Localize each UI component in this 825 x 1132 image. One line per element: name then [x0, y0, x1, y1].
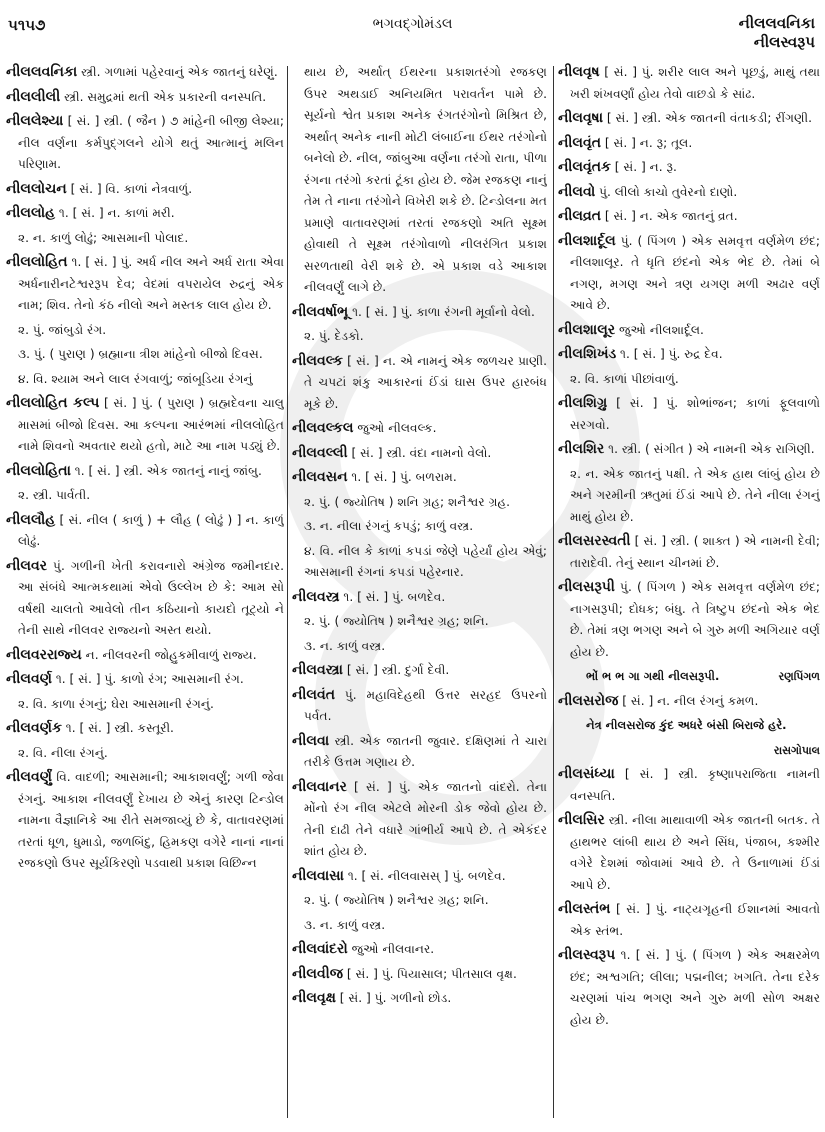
definition-text: ૧. [ સં. નીલવાસસ્ ] પું. બળદેવ.	[344, 869, 506, 883]
headword: નીલવસન	[292, 469, 348, 485]
definition-text: [ સં. ] ન. એક જાતનું વ્રત.	[601, 209, 738, 223]
headword: નીલવર્ણક	[6, 720, 62, 736]
definition-text: [ સં. ] પું. ગળીનો છોડ.	[336, 991, 451, 1005]
definition-text: ૧. [ સં. ] સ્ત્રી. કસ્તૂરી.	[62, 721, 174, 735]
headword: નીલવ્રત	[558, 208, 601, 224]
dictionary-entry: નીલવાંદરો જુઓ નીલવાનર.	[292, 939, 547, 961]
headword: નીલવાનર	[292, 779, 347, 795]
headword: નીલશાર્દૂલ	[558, 233, 616, 249]
dictionary-entry: નીલશિખંડ ૧. [ સં. ] પું. રુદ્ર દેવ.	[558, 344, 820, 366]
guide-word-first: નીલલવનિકા	[739, 14, 815, 33]
headword: નીલવૃક્ષ	[292, 990, 336, 1006]
dictionary-entry: નીલવૃષ [ સં. ] પું. શરીર લાલ અને પૂછડું,…	[558, 62, 820, 105]
headword: નીલવર્ણું	[6, 769, 52, 785]
dictionary-entry: નીલલૌહ [ સં. નીલ ( કાળું ) + લૌહ ( લોઢું…	[6, 510, 284, 553]
definition-text: [ સં. ] ન. નીલ રંગનું કમળ.	[618, 694, 758, 708]
definition-text: પું. ગળીની ખેતી કરાવનારો અંગ્રેજ જમીનદાર…	[18, 559, 284, 638]
dictionary-entry: નીલશાલૂર જુઓ નીલશાર્દૂલ.	[558, 320, 820, 342]
dictionary-page: ૫૧૫૭ ભગવદ્ગોમંડલ નીલલવનિકા નીલસ્વરૂપ નીલ…	[0, 0, 825, 1132]
definition-text: ૧. [ સં. ] પું. કાળો રંગ; આસમાની રંગ.	[52, 672, 244, 686]
definition-text: ૧. [ સં. ] ન. કાળાં મરી.	[55, 206, 175, 220]
dictionary-entry: નીલલોહિતા ૧. [ સં. ] સ્ત્રી. એક જાતનું ન…	[6, 461, 284, 483]
definition-text: [ સં. ] વિ. કાળાં નેત્રવાળું.	[67, 182, 192, 196]
definition-text: પું. લીલો કાચો તુવેરનો દાણો.	[595, 185, 737, 199]
headword: નીલવસ્ત્ર	[292, 589, 340, 605]
dictionary-entry: નીલશિગ્રુ [ સં. ] પું. શોભાંજન; કાળાં ફૂ…	[558, 393, 820, 436]
dictionary-entry: નીલવાનર [ સં. ] પું. એક જાતનો વાંદરો. તે…	[292, 777, 547, 863]
headword: નીલલેશ્યા	[6, 113, 63, 129]
headword: નીલવલ્લી	[292, 445, 348, 461]
dictionary-entry: નીલશિર ૧. સ્ત્રી. ( સંગીત ) એ નામની એક ર…	[558, 439, 820, 461]
sub-sense: ૨. વિ. કાળા રંગનું; ઘેરા આસમાની રંગનું.	[6, 694, 284, 716]
guide-word-last: નીલસ્વરૂપ	[739, 33, 815, 52]
definition-text: જુઓ નીલવાનર.	[348, 942, 434, 956]
dictionary-entry: નીલવ્રત [ સં. ] ન. એક જાતનું વ્રત.	[558, 206, 820, 228]
dictionary-entry: નીલલોહ ૧. [ સં. ] ન. કાળાં મરી.	[6, 203, 284, 225]
definition-text: [ સં. ] સ્ત્રી. એક જાતની વંતાકડી; રીંગણી…	[603, 111, 812, 125]
headword: નીલલોહિત	[6, 254, 68, 270]
headword: નીલલોહિત કલ્પ	[6, 395, 99, 411]
definition-text: જુઓ નીલવલ્ક.	[354, 421, 437, 435]
sub-sense: ૨. પું. જાંબુડો રંગ.	[6, 320, 284, 342]
definition-text: ૧. [ સં. ] પું. બળરામ.	[348, 470, 457, 484]
headword: નીલલૌહ	[6, 512, 55, 528]
dictionary-entry: નીલવસન ૧. [ સં. ] પું. બળરામ.	[292, 467, 547, 489]
dictionary-entry: નીલવર્ષાભૂ ૧. [ સં. ] પું. કાળા રંગની મૂ…	[292, 302, 547, 324]
sub-sense: ૨. પું. ( જ્યોતિષ ) શનિ ગ્રહ; શનૈશ્વર ગ્…	[292, 492, 547, 514]
running-title: ભગવદ્ગોમંડલ	[0, 16, 825, 32]
headword: નીલસરોજ	[558, 693, 618, 709]
dictionary-entry: નીલસિર સ્ત્રી. નીલા માથાવાળી એક જાતની બત…	[558, 810, 820, 896]
definition-text: સ્ત્રી. એક જાતની જુવાર. દક્ષિણમાં તે ચાર…	[304, 734, 547, 770]
headword: નીલશિખંડ	[558, 346, 616, 362]
dictionary-entry: નીલવાસા ૧. [ સં. નીલવાસસ્ ] પું. બળદેવ.	[292, 866, 547, 888]
dictionary-entry: નીલવલ્કલ જુઓ નીલવલ્ક.	[292, 418, 547, 440]
dictionary-entry: નીલવર્ણક ૧. [ સં. ] સ્ત્રી. કસ્તૂરી.	[6, 718, 284, 740]
dictionary-entry: નીલવર પું. ગળીની ખેતી કરાવનારો અંગ્રેજ જ…	[6, 556, 284, 642]
definition-text: સ્ત્રી. ગળામાં પહેરવાનું એક જાતનું ઘરેણુ…	[77, 65, 278, 79]
sub-sense: ૩. ન. નીલા રંગનું કપડું; કાળું વસ્ત્ર.	[292, 516, 547, 538]
headword: નીલશાલૂર	[558, 322, 615, 338]
headword: નીલવર્ષાભૂ	[292, 304, 348, 320]
sub-sense: ૨. વિ. કાળાં પીછાંવાળું.	[558, 369, 820, 391]
page-header: ૫૧૫૭ ભગવદ્ગોમંડલ નીલલવનિકા નીલસ્વરૂપ	[0, 14, 825, 60]
definition-text: [ સં. ] પું. શરીર લાલ અને પૂછડું, માથું …	[570, 65, 820, 101]
definition-text: ૧. [ સં. ] પું. રુદ્ર દેવ.	[616, 347, 722, 361]
quote-text: નેત્ર નીલસરોજ કુંદ અધરે બંસી બિરાજે હરે.	[586, 718, 787, 732]
dictionary-entry: નીલશાર્દૂલ પું. ( પિંગળ ) એક સમવૃત્ત વર્…	[558, 231, 820, 317]
dictionary-entry: નીલવૃંતક [ સં. ] ન. રૂ.	[558, 157, 820, 179]
column-divider	[553, 66, 554, 1118]
quote-text: ભોં ભ ભ ગા ગથી નીલસરૂપી.	[586, 669, 719, 683]
dictionary-entry: નીલસરોજ [ સં. ] ન. નીલ રંગનું કમળ.	[558, 691, 820, 713]
column-3: નીલવૃષ [ સં. ] પું. શરીર લાલ અને પૂછડું,…	[558, 62, 820, 1122]
definition-text: ન. નીલવરની જોહુકમીવાળું રાજ્ય.	[82, 648, 257, 662]
column-1: નીલલવનિકા સ્ત્રી. ગળામાં પહેરવાનું એક જા…	[6, 62, 284, 1122]
headword: નીલલીલી	[6, 89, 60, 105]
definition-text: [ સં. ] ન. રૂ; તૂલ.	[601, 136, 692, 150]
entry-columns: નીલલવનિકા સ્ત્રી. ગળામાં પહેરવાનું એક જા…	[0, 62, 825, 1127]
definition-text: [ સં. ] ન. રૂ.	[611, 160, 677, 174]
definition-continuation: થાય છે, અર્થાત્ ઈથરના પ્રકાશતરંગો રજકણ ઉ…	[292, 62, 547, 299]
dictionary-entry: નીલવલ્લી [ સં. ] સ્ત્રી. વંદા નામનો વેલો…	[292, 443, 547, 465]
headword: નીલવાંદરો	[292, 941, 348, 957]
headword: નીલવાસા	[292, 868, 344, 884]
dictionary-entry: નીલવર્ણ ૧. [ સં. ] પું. કાળો રંગ; આસમાની…	[6, 669, 284, 691]
definition-text: ૧. સ્ત્રી. ( સંગીત ) એ નામની એક રાગિણી.	[604, 442, 814, 456]
definition-text: [ સં. ] સ્ત્રી. વંદા નામનો વેલો.	[348, 446, 492, 460]
sub-sense: ૪. વિ. નીલ કે કાળાં કપડાં જેણે પહેર્યાં …	[292, 541, 547, 584]
headword: નીલવૃષ	[558, 64, 600, 80]
dictionary-entry: નીલવો પું. લીલો કાચો તુવેરનો દાણો.	[558, 182, 820, 204]
definition-text: [ સં. ] પું. પિયાસાલ; પીતસાલ વૃક્ષ.	[343, 967, 517, 981]
dictionary-entry: નીલવા સ્ત્રી. એક જાતની જુવાર. દક્ષિણમાં …	[292, 731, 547, 774]
headword: નીલવર	[6, 558, 47, 574]
dictionary-entry: નીલવૃંત [ સં. ] ન. રૂ; તૂલ.	[558, 133, 820, 155]
column-divider	[287, 66, 288, 1118]
headword: નીલવલ્કલ	[292, 420, 354, 436]
headword: નીલસ્વરૂપ	[558, 947, 615, 963]
headword: નીલસંધ્યા	[558, 766, 615, 782]
dictionary-entry: નીલવસ્ત્ર ૧. [ સં. ] પું. બળદેવ.	[292, 587, 547, 609]
definition-text: સ્ત્રી. સમુદ્રમાં થતી એક પ્રકારની વનસ્પત…	[60, 90, 266, 104]
definition-text: સ્ત્રી. નીલા માથાવાળી એક જાતની બતક. તે હ…	[570, 813, 820, 892]
dictionary-entry: નીલસ્વરૂપ ૧. [ સં. ] પું. ( પિંગળ ) એક અ…	[558, 945, 820, 1031]
sub-sense: ૩. પું. ( પુરાણ ) બ્રહ્માના ત્રીશ માંહેન…	[6, 344, 284, 366]
guide-words: નીલલવનિકા નીલસ્વરૂપ	[739, 14, 815, 52]
dictionary-entry: નીલસંધ્યા [ સં. ] સ્ત્રી. કૃષ્ણાપરાજિતા …	[558, 764, 820, 807]
dictionary-entry: નીલવૃક્ષ [ સં. ] પું. ગળીનો છોડ.	[292, 988, 547, 1010]
dictionary-entry: નીલલવનિકા સ્ત્રી. ગળામાં પહેરવાનું એક જા…	[6, 62, 284, 84]
sub-sense: ૨. પું. ( જ્યોતિષ ) શનૈશ્વર ગ્રહ; શનિ.	[292, 890, 547, 912]
headword: નીલલોહ	[6, 205, 55, 221]
headword: નીલવલ્ક	[292, 353, 343, 369]
headword: નીલવા	[292, 733, 329, 749]
headword: નીલવર્ણ	[6, 671, 52, 687]
headword: નીલલોહિતા	[6, 463, 71, 479]
dictionary-entry: નીલલોહિત ૧. [ સં. ] પું. અર્ધ નીલ અને અર…	[6, 252, 284, 317]
sub-sense: ૨. ન. કાળું લોઢું; આસમાની પોલાદ.	[6, 228, 284, 250]
dictionary-entry: નીલવંત પું. મહાવિદેહથી ઉત્તર સરહદ ઉપરનો …	[292, 685, 547, 728]
dictionary-entry: નીલવીજ [ સં. ] પું. પિયાસાલ; પીતસાલ વૃક્…	[292, 964, 547, 986]
headword: નીલસરૂપી	[558, 579, 615, 595]
sub-sense: ૩. ન. કાળું વસ્ત્ર.	[292, 636, 547, 658]
headword: નીલસ્તંભ	[558, 901, 610, 917]
dictionary-entry: નીલલોચન [ સં. ] વિ. કાળાં નેત્રવાળું.	[6, 179, 284, 201]
headword: નીલવૃષા	[558, 110, 603, 126]
definition-text: ૧. [ સં. ] પું. બળદેવ.	[340, 590, 446, 604]
definition-text: [ સં. ] પું. શોભાંજન; કાળાં ફૂલવાળો સરગવ…	[570, 396, 820, 432]
sub-sense: ૨. સ્ત્રી. પાર્વતી.	[6, 485, 284, 507]
definition-text: [ સં. નીલ ( કાળું ) + લૌહ ( લોઢું ) ] ન.…	[18, 513, 284, 549]
headword: નીલવીજ	[292, 966, 343, 982]
dictionary-entry: નીલસરૂપી પું. ( પિંગળ ) એક સમવૃત્ત વર્ણમ…	[558, 577, 820, 663]
definition-text: વિ. વાદળી; આસમાની; આકાશવર્ણું; ગળી જેવા …	[18, 770, 284, 870]
dictionary-entry: નીલવૃષા [ સં. ] સ્ત્રી. એક જાતની વંતાકડી…	[558, 108, 820, 130]
dictionary-entry: નીલવરરાજ્ય ન. નીલવરની જોહુકમીવાળું રાજ્ય…	[6, 645, 284, 667]
definition-text: [ સં. ] સ્ત્રી. દુર્ગા દેવી.	[343, 663, 449, 677]
sub-sense: ૩. ન. કાળું વસ્ત્ર.	[292, 915, 547, 937]
dictionary-entry: નીલવલ્ક [ સં. ] ન. એ નામનું એક જળચર પ્રા…	[292, 351, 547, 416]
dictionary-entry: નીલસ્તંભ [ સં. ] પું. નાટ્યગૃહની ઈશાનમાં…	[558, 899, 820, 942]
citation-source: રાસગોપાલ	[558, 740, 820, 762]
headword: નીલશિગ્રુ	[558, 395, 607, 411]
dictionary-entry: નીલલોહિત કલ્પ [ સં. ] પું. ( પુરાણ ) બ્ર…	[6, 393, 284, 458]
headword: નીલવૃંત	[558, 135, 601, 151]
sub-sense: ૨. પું. દેડકો.	[292, 326, 547, 348]
headword: નીલવો	[558, 184, 595, 200]
dictionary-entry: નીલવસ્ત્રા [ સં. ] સ્ત્રી. દુર્ગા દેવી.	[292, 660, 547, 682]
headword: નીલસિર	[558, 812, 605, 828]
citation-quote: નેત્ર નીલસરોજ કુંદ અધરે બંસી બિરાજે હરે.	[558, 715, 820, 737]
headword: નીલવૃંતક	[558, 159, 611, 175]
sub-sense: ૨. વિ. નીલા રંગનું.	[6, 743, 284, 765]
headword: નીલવંત	[292, 687, 335, 703]
headword: નીલશિર	[558, 441, 604, 457]
dictionary-entry: નીલલીલી સ્ત્રી. સમુદ્રમાં થતી એક પ્રકારન…	[6, 87, 284, 109]
column-2: થાય છે, અર્થાત્ ઈથરના પ્રકાશતરંગો રજકણ ઉ…	[292, 62, 547, 1122]
definition-text: ૧. [ સં. ] પું. કાળા રંગની મૂર્વાનો વેલો…	[348, 305, 535, 319]
headword: નીલવસ્ત્રા	[292, 662, 343, 678]
headword: નીલલોચન	[6, 181, 67, 197]
dictionary-entry: નીલલેશ્યા [ સં. ] સ્ત્રી. ( જૈન ) ૭ માંહ…	[6, 111, 284, 176]
citation-source: રણપિંગળ	[778, 666, 820, 688]
definition-text: જુઓ નીલશાર્દૂલ.	[615, 323, 704, 337]
headword: નીલલવનિકા	[6, 64, 77, 80]
dictionary-entry: નીલસરસ્વતી [ સં. ] સ્ત્રી. ( શાક્ત ) એ ન…	[558, 531, 820, 574]
definition-text: પું. મહાવિદેહથી ઉત્તર સરહદ ઉપરનો પર્વત.	[304, 688, 547, 724]
dictionary-entry: નીલવર્ણું વિ. વાદળી; આસમાની; આકાશવર્ણું;…	[6, 767, 284, 875]
citation-quote: રણપિંગળભોં ભ ભ ગા ગથી નીલસરૂપી.	[558, 666, 820, 688]
sub-sense: ૨. પું. ( જ્યોતિષ ) શનૈશ્વર ગ્રહ; શનિ.	[292, 611, 547, 633]
definition-text: ૧. [ સં. ] સ્ત્રી. એક જાતનું નાનું જાંબુ…	[71, 464, 262, 478]
sub-sense: ૪. વિ. શ્યામ અને લાલ રંગવાળું; જાંબૂડિયા…	[6, 369, 284, 391]
headword: નીલસરસ્વતી	[558, 533, 631, 549]
headword: નીલવરરાજ્ય	[6, 647, 82, 663]
sub-sense: ૨. ન. એક જાતનું પક્ષી. તે એક હાથ લાંબું …	[558, 464, 820, 529]
